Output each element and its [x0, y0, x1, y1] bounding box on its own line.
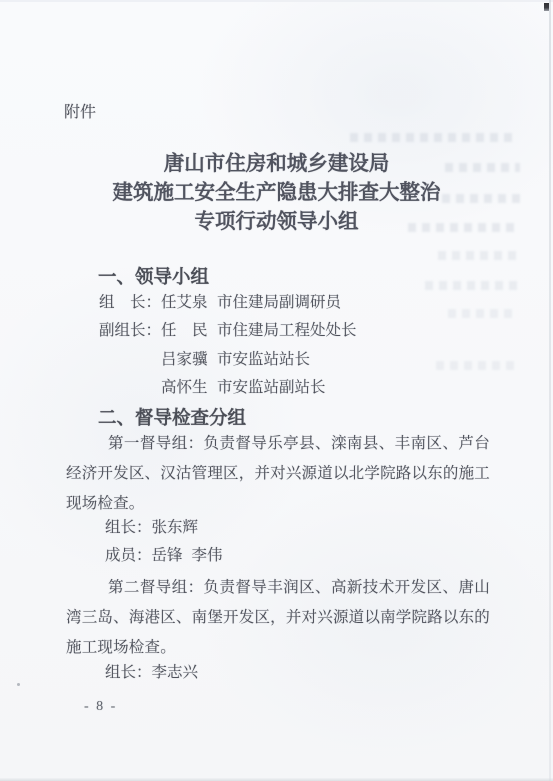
bleedthrough-smudge [436, 361, 514, 370]
group2-leader-name: 李志兴 [152, 664, 199, 681]
group2-leader-line: 组长：李志兴 [105, 664, 198, 682]
title-line-3: 专项行动领导小组 [0, 208, 553, 237]
bleedthrough-smudge [425, 281, 517, 290]
roster-role-label: 副组长： [99, 317, 161, 345]
scan-speck [17, 683, 20, 686]
title-line-1: 唐山市住房和城乡建设局 [0, 150, 553, 179]
group1-members-line: 成员：岳锋李伟 [105, 547, 223, 565]
roster-row: 组 长： 任艾泉 市住建局副调研员 [99, 289, 357, 317]
group1-leader-line: 组长：张东辉 [105, 519, 198, 537]
page-number: - 8 - [84, 699, 117, 715]
leadership-roster: 组 长： 任艾泉 市住建局副调研员 副组长： 任 民 市住建局工程处处长 吕家骥… [99, 289, 357, 403]
attachment-label: 附件 [64, 99, 96, 122]
scan-edge-right [549, 0, 551, 781]
section2-heading: 二、督导检查分组 [98, 404, 246, 430]
roster-row: 吕家骥 市安监站站长 [99, 346, 357, 374]
group2-paragraph: 第二督导组：负责督导丰润区、高新技术开发区、唐山湾三岛、海港区、南堡开发区，并对… [66, 573, 490, 663]
section1-heading: 一、领导小组 [98, 263, 209, 289]
group1-leader-name: 张东辉 [152, 519, 199, 536]
group1-member-name: 李伟 [192, 547, 223, 564]
roster-person-title: 市安监站副站长 [217, 374, 326, 402]
bleedthrough-smudge [448, 309, 516, 318]
document-title: 唐山市住房和城乡建设局 建筑施工安全生产隐患大排查大整治 专项行动领导小组 [0, 150, 553, 237]
roster-person-title: 市安监站站长 [217, 346, 310, 374]
title-line-2: 建筑施工安全生产隐患大排查大整治 [0, 179, 553, 208]
roster-person-name: 任 民 [161, 317, 217, 345]
roster-role-label: 组 长： [99, 289, 161, 317]
group2-leader-label: 组长： [105, 664, 152, 681]
roster-row: 副组长： 任 民 市住建局工程处处长 [99, 317, 357, 345]
scan-artifact-mark [544, 3, 549, 11]
roster-person-name: 高怀生 [161, 374, 217, 402]
roster-person-name: 吕家骥 [161, 346, 217, 374]
roster-person-title: 市住建局工程处处长 [217, 317, 357, 345]
roster-person-name: 任艾泉 [161, 289, 217, 317]
roster-row: 高怀生 市安监站副站长 [99, 374, 357, 402]
roster-role-label [99, 374, 161, 402]
group1-members-label: 成员： [105, 547, 152, 564]
scanned-document-page: 附件 唐山市住房和城乡建设局 建筑施工安全生产隐患大排查大整治 专项行动领导小组… [0, 0, 553, 781]
bleedthrough-smudge [438, 251, 518, 260]
bleedthrough-smudge [350, 133, 513, 142]
roster-role-label [99, 346, 161, 374]
group1-member-name: 岳锋 [152, 547, 183, 564]
roster-person-title: 市住建局副调研员 [217, 289, 341, 317]
group1-paragraph: 第一督导组：负责督导乐亭县、滦南县、丰南区、芦台经济开发区、汉沽管理区，并对兴源… [66, 429, 490, 519]
scan-edge-top [0, 0, 553, 2]
group1-leader-label: 组长： [105, 519, 152, 536]
